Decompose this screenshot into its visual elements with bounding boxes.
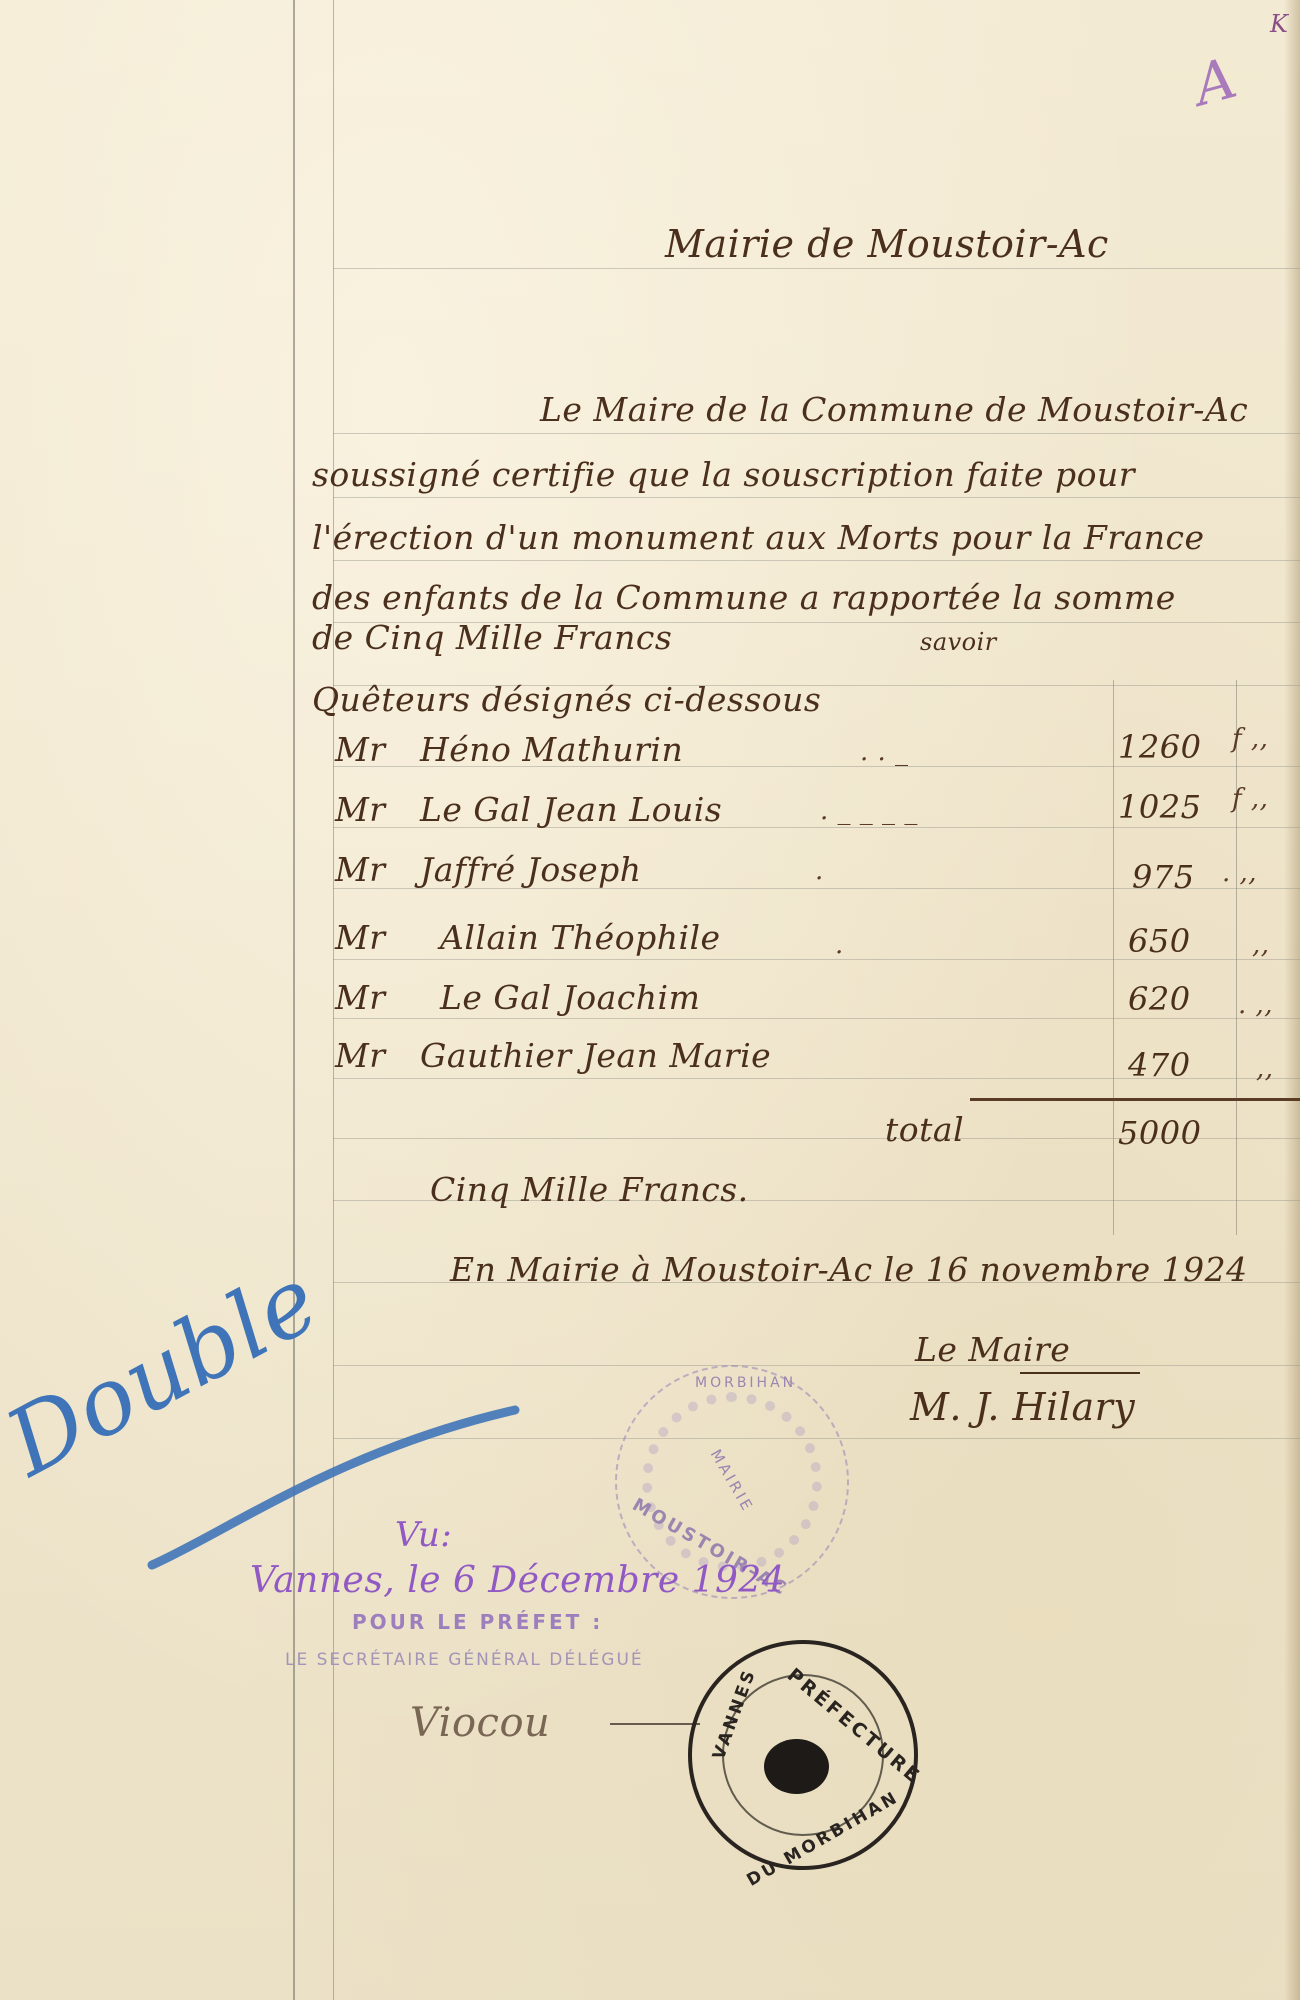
margin-line-outer [293, 0, 295, 2000]
amount-in-words: Cinq Mille Francs. [430, 1170, 749, 1209]
collector-name: Héno Mathurin [420, 730, 683, 769]
body-line-4: des enfants de la Commune a rapportée la… [312, 578, 1176, 617]
collector-amount: 975 [1132, 858, 1195, 896]
visa-signature-tail [610, 1723, 700, 1725]
collector-amount: 470 [1128, 1046, 1191, 1084]
body-line-2: soussigné certifie que la souscription f… [312, 455, 1135, 494]
body-line-3: l'érection d'un monument aux Morts pour … [312, 518, 1205, 557]
collector-name: Jaffré Joseph [420, 850, 642, 889]
collector-amount: 620 [1128, 980, 1191, 1018]
document-title: Mairie de Moustoir-Ac [665, 222, 1109, 266]
collector-amount-suffix: . ,, [1222, 858, 1257, 888]
signature-name: M. J. Hilary [910, 1385, 1135, 1429]
total-underline [970, 1098, 1300, 1101]
savoir-text: savoir [920, 628, 997, 656]
cents-column-line [1236, 680, 1237, 1235]
blue-pencil-stroke [140, 1380, 540, 1580]
total-label: total [885, 1110, 964, 1149]
ruled-line [333, 268, 1300, 269]
collector-name: Allain Théophile [440, 918, 721, 957]
ruled-line [333, 1018, 1300, 1019]
body-line-1: Le Maire de la Commune de Moustoir-Ac [540, 390, 1248, 429]
total-amount: 5000 [1118, 1114, 1201, 1152]
collector-leader: . [835, 930, 844, 960]
collector-amount-suffix: f ,, [1232, 784, 1268, 814]
vu-mark: Vu: [395, 1515, 452, 1555]
prefecture-seal-emblem [764, 1739, 829, 1794]
collector-amount-suffix: ,, [1252, 930, 1270, 960]
collector-title: Mr [335, 918, 386, 957]
amount-column-line [1113, 680, 1114, 1235]
collector-leader: . [815, 856, 824, 886]
visa-signature: Viocou [410, 1700, 550, 1746]
collector-amount-suffix: ,, [1256, 1054, 1274, 1084]
collector-title: Mr [335, 1036, 386, 1075]
prefecture-seal: PRÉFECTURE DU MORBIHAN VANNES [688, 1640, 918, 1870]
collector-title: Mr [335, 730, 386, 769]
collector-title: Mr [335, 978, 386, 1017]
collector-amount: 1025 [1118, 788, 1201, 826]
place-date: En Mairie à Moustoir-Ac le 16 novembre 1… [450, 1250, 1248, 1289]
collector-amount-suffix: f ,, [1232, 724, 1268, 754]
ruled-line [333, 497, 1300, 498]
margin-line-inner [333, 0, 334, 2000]
body-line-5: de Cinq Mille Francs [312, 618, 672, 657]
collector-name: Le Gal Joachim [440, 978, 700, 1017]
signature-role-flourish [1020, 1372, 1140, 1374]
paper-edge [1284, 0, 1300, 2000]
ruled-line [333, 433, 1300, 434]
collector-name: Le Gal Jean Louis [420, 790, 722, 829]
collector-leader: . . _ [860, 737, 909, 767]
ruled-line [333, 560, 1300, 561]
signature-role: Le Maire [915, 1330, 1070, 1369]
collector-amount: 1260 [1118, 728, 1201, 766]
collector-title: Mr [335, 790, 386, 829]
mairie-seal-top-text: MORBIHAN [695, 1375, 796, 1391]
visa-stamp-line1: POUR LE PRÉFET : [352, 1610, 603, 1634]
collector-amount-suffix: . ,, [1238, 990, 1273, 1020]
collector-leader: . _ _ _ _ [820, 796, 918, 826]
corner-initials: A [1187, 46, 1243, 119]
collector-title: Mr [335, 850, 386, 889]
collector-amount: 650 [1128, 922, 1191, 960]
corner-mark: K [1270, 10, 1288, 38]
collector-name: Gauthier Jean Marie [420, 1036, 771, 1075]
visa-place-date: Vannes, le 6 Décembre 1924 [250, 1560, 785, 1601]
document-page: K A Mairie de Moustoir-Ac Le Maire de la… [0, 0, 1300, 2000]
visa-stamp-line2: LE SECRÉTAIRE GÉNÉRAL DÉLÉGUÉ [285, 1650, 644, 1670]
ruled-line [333, 1365, 1300, 1366]
collectors-heading: Quêteurs désignés ci-dessous [312, 680, 821, 719]
